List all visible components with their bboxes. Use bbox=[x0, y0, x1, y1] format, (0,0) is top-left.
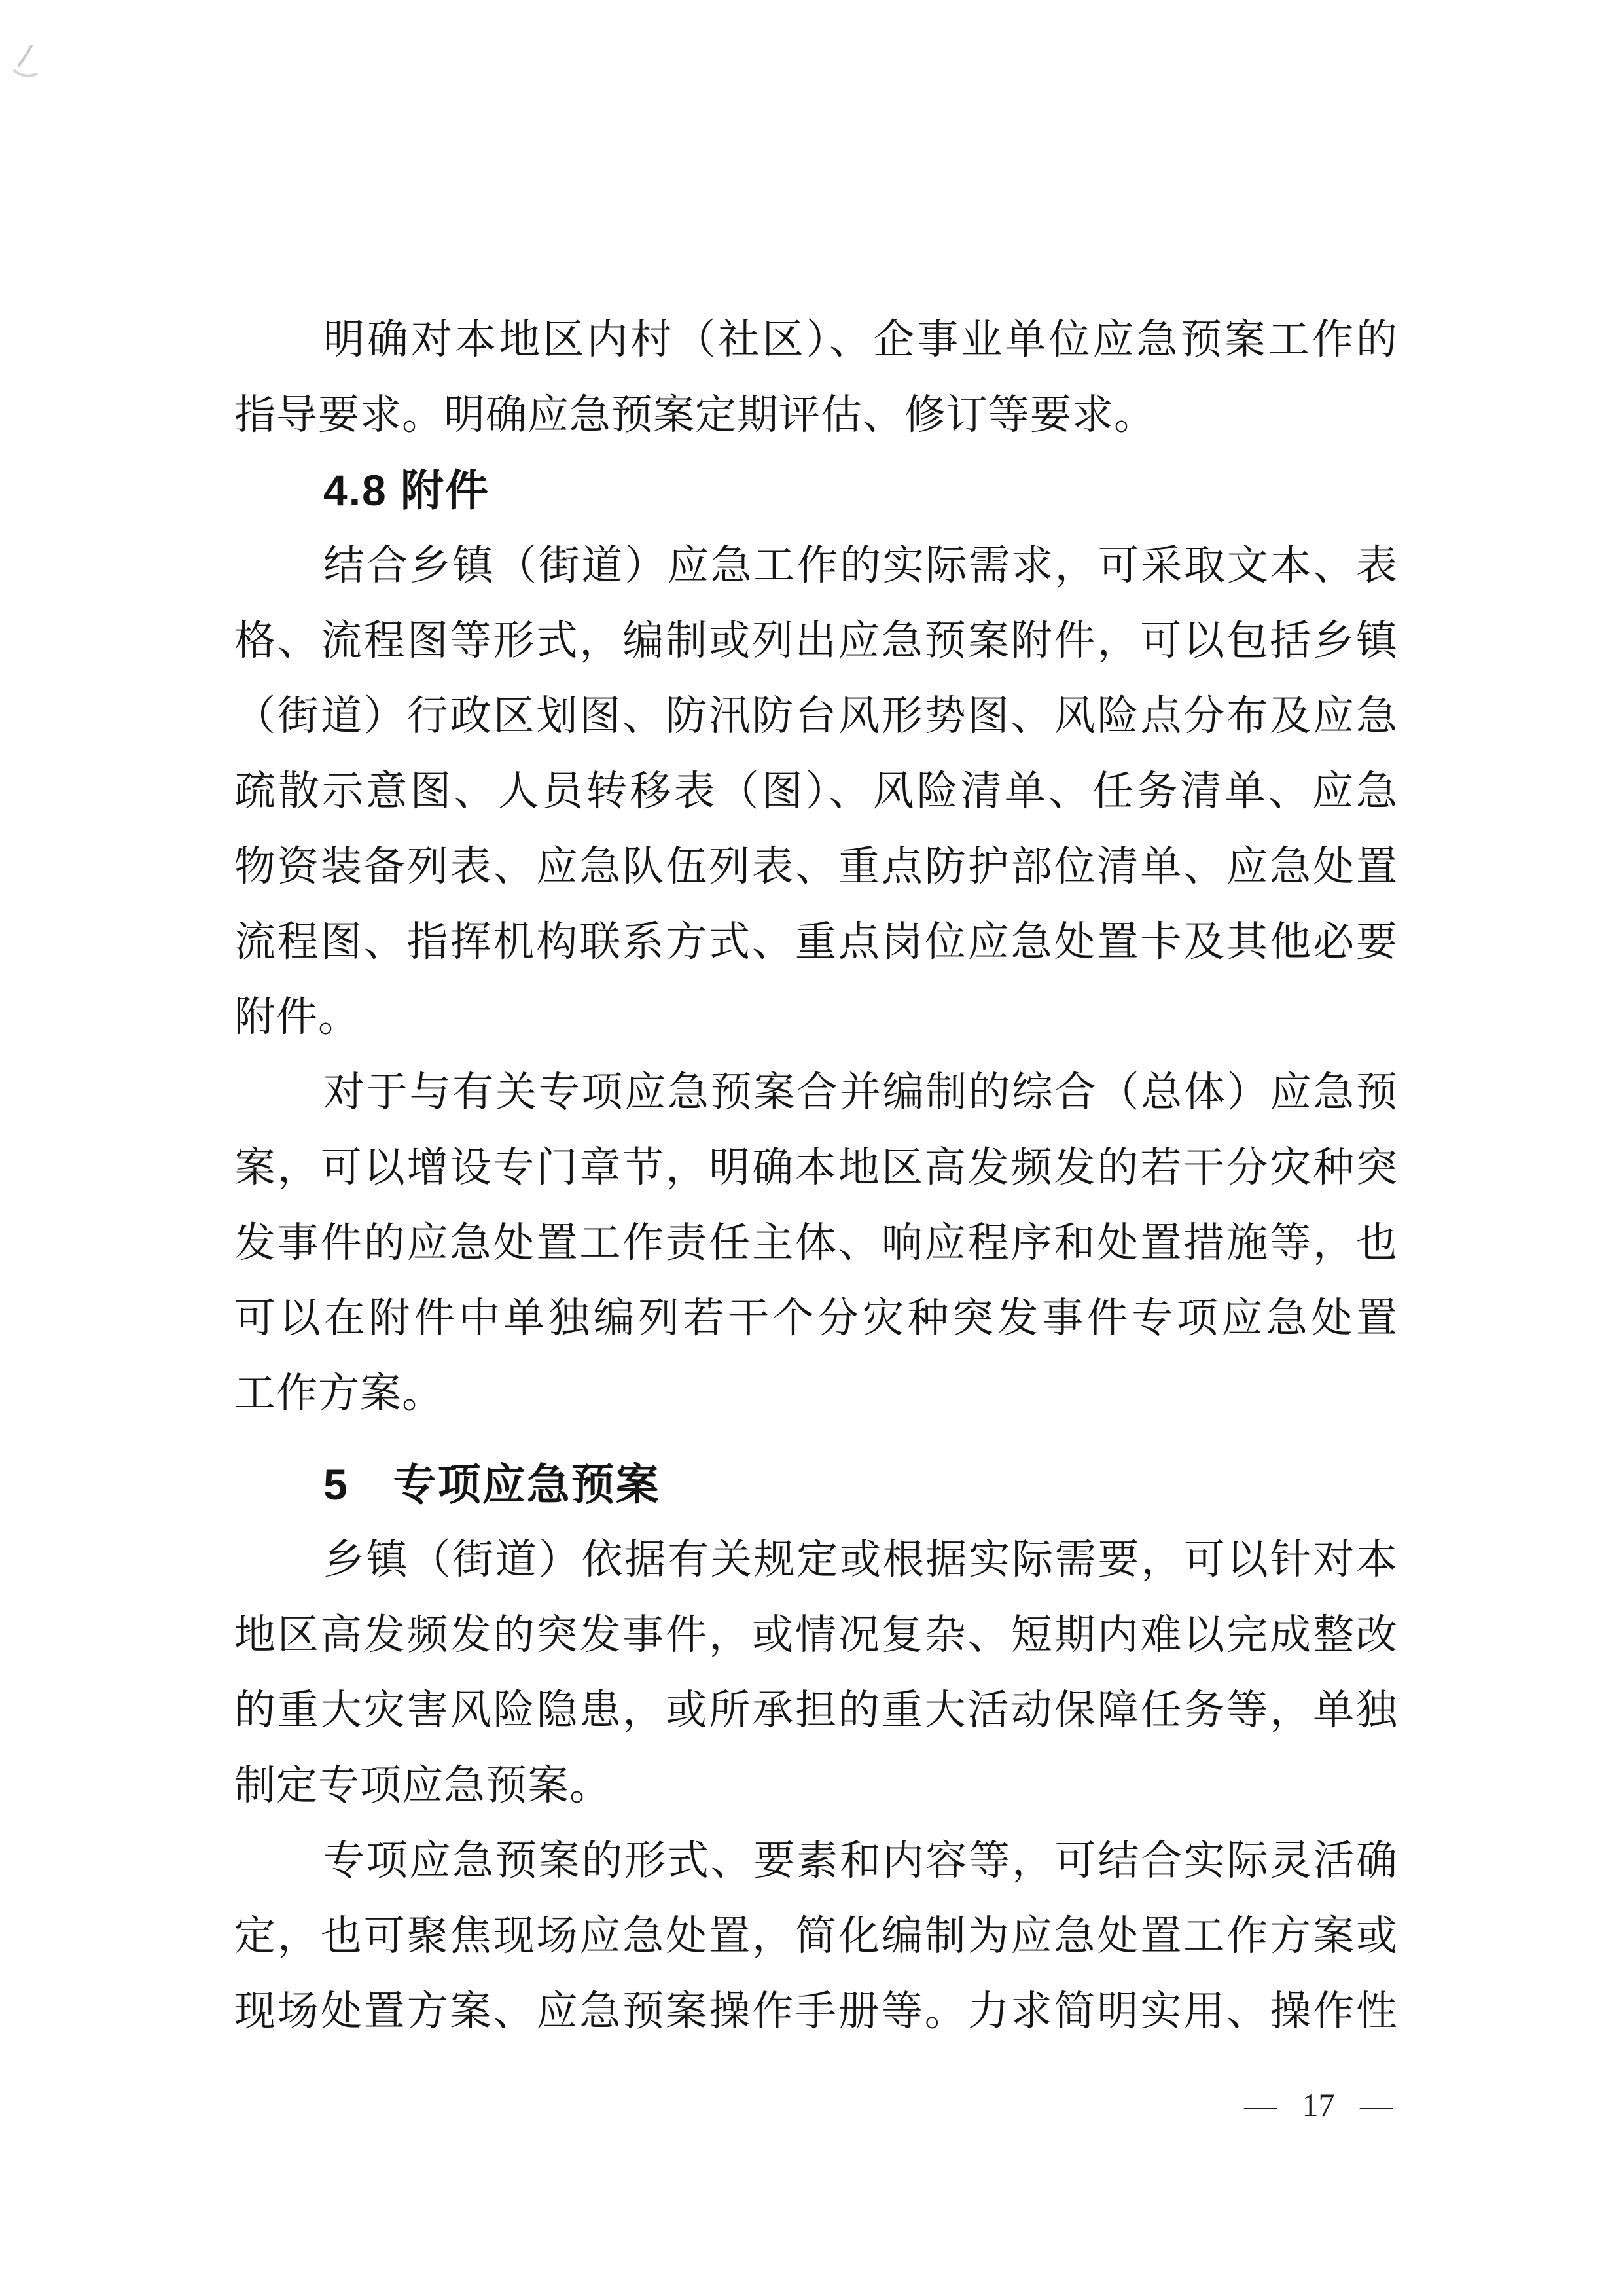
text-line: 的重大灾害风险隐患，或所承担的重大活动保障任务等，单独 bbox=[234, 1673, 1398, 1748]
text-line: 乡镇（街道）依据有关规定或根据实际需要，可以针对本 bbox=[234, 1522, 1398, 1598]
text-line: 现场处置方案、应急预案操作手册等。力求简明实用、操作性 bbox=[234, 1974, 1398, 2049]
document-page: 明确对本地区内村（社区）、企事业单位应急预案工作的 指导要求。明确应急预案定期评… bbox=[0, 0, 1623, 2296]
text-line: 可以在附件中单独编列若干个分灾种突发事件专项应急处置 bbox=[234, 1281, 1398, 1356]
text-line: 定，也可聚焦现场应急处置，简化编制为应急处置工作方案或 bbox=[234, 1899, 1398, 1974]
text-line: 发事件的应急处置工作责任主体、响应程序和处置措施等，也 bbox=[234, 1206, 1398, 1281]
section-heading-4-8: 4.8 附件 bbox=[234, 453, 1398, 528]
text-line: （街道）行政区划图、防汛防台风形势图、风险点分布及应急 bbox=[234, 679, 1398, 754]
text-line: 附件。 bbox=[234, 980, 1398, 1055]
text-line: 工作方案。 bbox=[234, 1356, 1398, 1431]
text-line: 指导要求。明确应急预案定期评估、修订等要求。 bbox=[234, 378, 1398, 453]
text-line: 明确对本地区内村（社区）、企事业单位应急预案工作的 bbox=[234, 302, 1398, 378]
scan-stroke-mark bbox=[12, 41, 58, 86]
text-line: 对于与有关专项应急预案合并编制的综合（总体）应急预 bbox=[234, 1055, 1398, 1130]
section-heading-5: 5 专项应急预案 bbox=[234, 1447, 1398, 1522]
text-line: 疏散示意图、人员转移表（图）、风险清单、任务清单、应急 bbox=[234, 754, 1398, 829]
text-line: 流程图、指挥机构联系方式、重点岗位应急处置卡及其他必要 bbox=[234, 905, 1398, 980]
text-line: 结合乡镇（街道）应急工作的实际需求，可采取文本、表 bbox=[234, 528, 1398, 603]
text-line: 地区高发频发的突发事件，或情况复杂、短期内难以完成整改 bbox=[234, 1598, 1398, 1673]
text-line: 制定专项应急预案。 bbox=[234, 1748, 1398, 1823]
text-line: 案，可以增设专门章节，明确本地区高发频发的若干分灾种突 bbox=[234, 1130, 1398, 1206]
document-body: 明确对本地区内村（社区）、企事业单位应急预案工作的 指导要求。明确应急预案定期评… bbox=[234, 302, 1398, 2049]
text-line: 物资装备列表、应急队伍列表、重点防护部位清单、应急处置 bbox=[234, 829, 1398, 905]
text-line: 专项应急预案的形式、要素和内容等，可结合实际灵活确 bbox=[234, 1823, 1398, 1899]
page-number: — 17 — bbox=[1244, 2085, 1393, 2125]
text-line: 格、流程图等形式，编制或列出应急预案附件，可以包括乡镇 bbox=[234, 603, 1398, 679]
